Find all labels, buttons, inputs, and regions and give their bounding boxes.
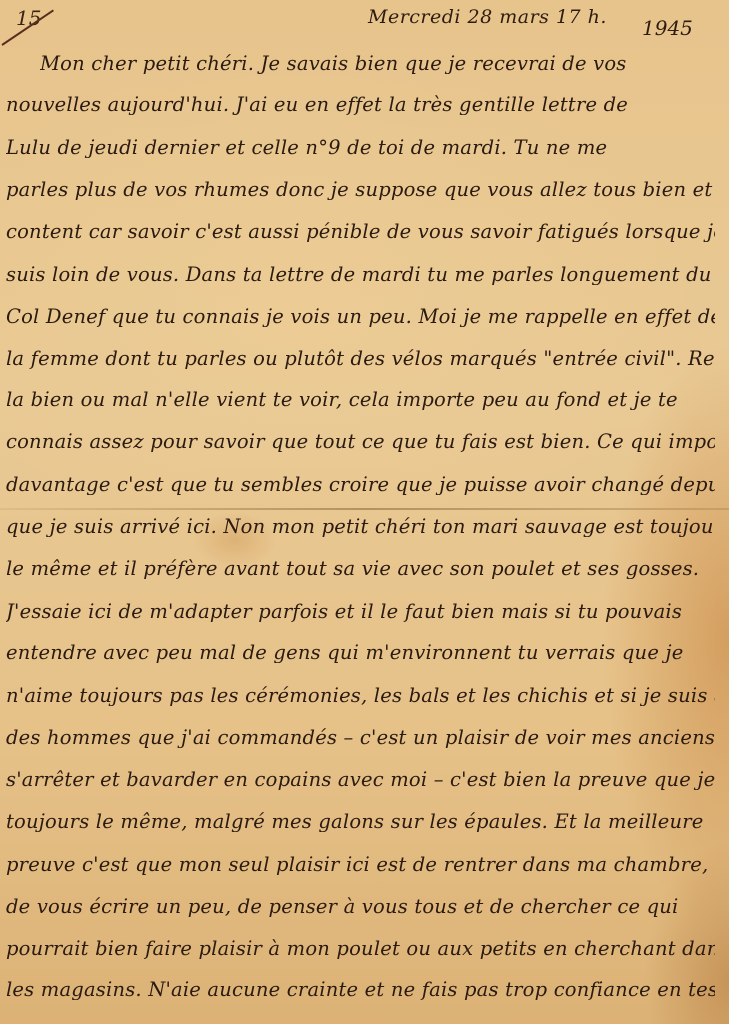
letter-line: de vous écrire un peu, de penser à vous … — [6, 897, 715, 917]
letter-line: content car savoir c'est aussi pénible d… — [6, 222, 715, 242]
paper-fold-crease — [0, 508, 729, 510]
letter-line: pourrait bien faire plaisir à mon poulet… — [6, 939, 715, 959]
letter-line: toujours le même, malgré mes galons sur … — [6, 812, 715, 832]
letter-line: le même et il préfère avant tout sa vie … — [6, 559, 715, 579]
letter-line: Lulu de jeudi dernier et celle n°9 de to… — [6, 138, 715, 158]
letter-line: parles plus de vos rhumes donc je suppos… — [6, 180, 715, 200]
letter-line: entendre avec peu mal de gens qui m'envi… — [6, 643, 715, 663]
letter-page: 15 Mercredi 28 mars 17 h. 1945 Mon cher … — [0, 0, 729, 1024]
letter-line: connais assez pour savoir que tout ce qu… — [6, 432, 715, 452]
year-annotation: 1945 — [642, 16, 693, 40]
letter-line: la bien ou mal n'elle vient te voir, cel… — [6, 390, 715, 410]
letter-line: s'arrêter et bavarder en copains avec mo… — [6, 770, 715, 790]
letter-line: les magasins. N'aie aucune crainte et ne… — [6, 980, 715, 1000]
letter-line: Mon cher petit chéri. Je savais bien que… — [40, 54, 715, 74]
letter-line: suis loin de vous. Dans ta lettre de mar… — [6, 265, 715, 285]
letter-line: davantage c'est que tu sembles croire qu… — [6, 475, 715, 495]
letter-line: preuve c'est que mon seul plaisir ici es… — [6, 855, 715, 875]
letter-line: nouvelles aujourd'hui. J'ai eu en effet … — [6, 95, 715, 115]
letter-line: n'aime toujours pas les cérémonies, les … — [6, 686, 715, 706]
letter-line: J'essaie ici de m'adapter parfois et il … — [6, 602, 715, 622]
date-line: Mercredi 28 mars 17 h. — [368, 6, 607, 28]
letter-line: Col Denef que tu connais je vois un peu.… — [6, 307, 715, 327]
letter-line: des hommes que j'ai commandés – c'est un… — [6, 728, 715, 748]
letter-line: la femme dont tu parles ou plutôt des vé… — [6, 349, 715, 369]
letter-line: que je suis arrivé ici. Non mon petit ch… — [6, 517, 715, 537]
